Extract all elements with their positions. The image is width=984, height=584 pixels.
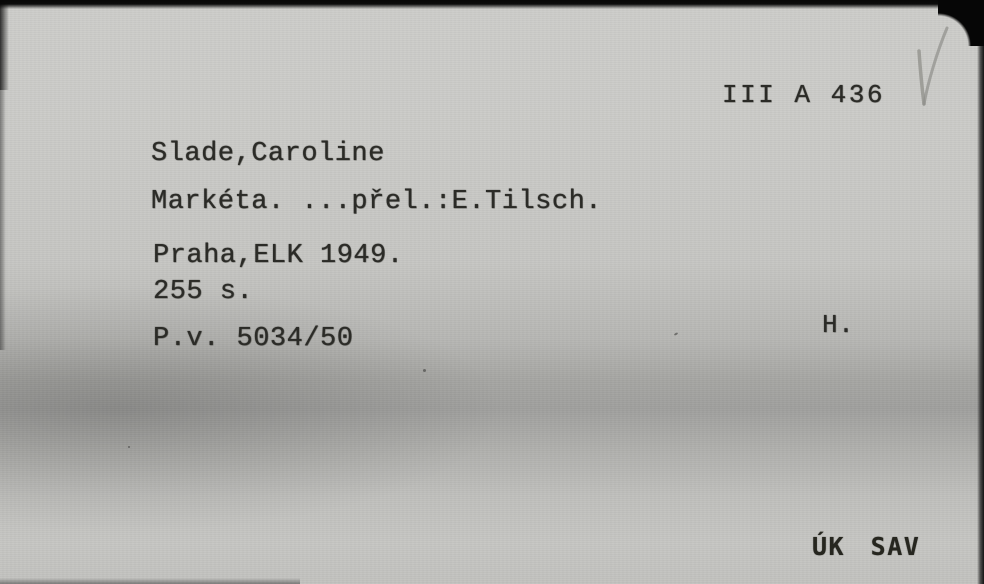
scan-edge-right [977,0,984,584]
scan-edge-left-shadow [0,90,6,350]
card-rounded-corner [938,0,984,46]
paper-speck [128,446,130,448]
paper-speck [423,369,426,372]
call-number: III A 436 [722,80,885,111]
scan-edge-bottom [0,578,300,584]
pagination: 255 s. [153,276,253,308]
card-paper: III A 436 Slade,Caroline Markéta. ...pře… [0,0,984,584]
scan-edge-top [0,0,984,9]
accession-number: P.v. 5034/50 [153,323,353,355]
paper-speck [674,332,678,336]
annotation-letter: H. [822,310,854,341]
author-heading: Slade,Caroline [151,138,385,170]
imprint: Praha,ELK 1949. [153,240,404,272]
scanned-catalog-card: III A 436 Slade,Caroline Markéta. ...pře… [0,0,984,584]
title-statement: Markéta. ...přel.:E.Tilsch. [151,186,602,218]
scan-edge-left [0,0,9,90]
library-stamp: ÚK SAV [812,532,920,561]
